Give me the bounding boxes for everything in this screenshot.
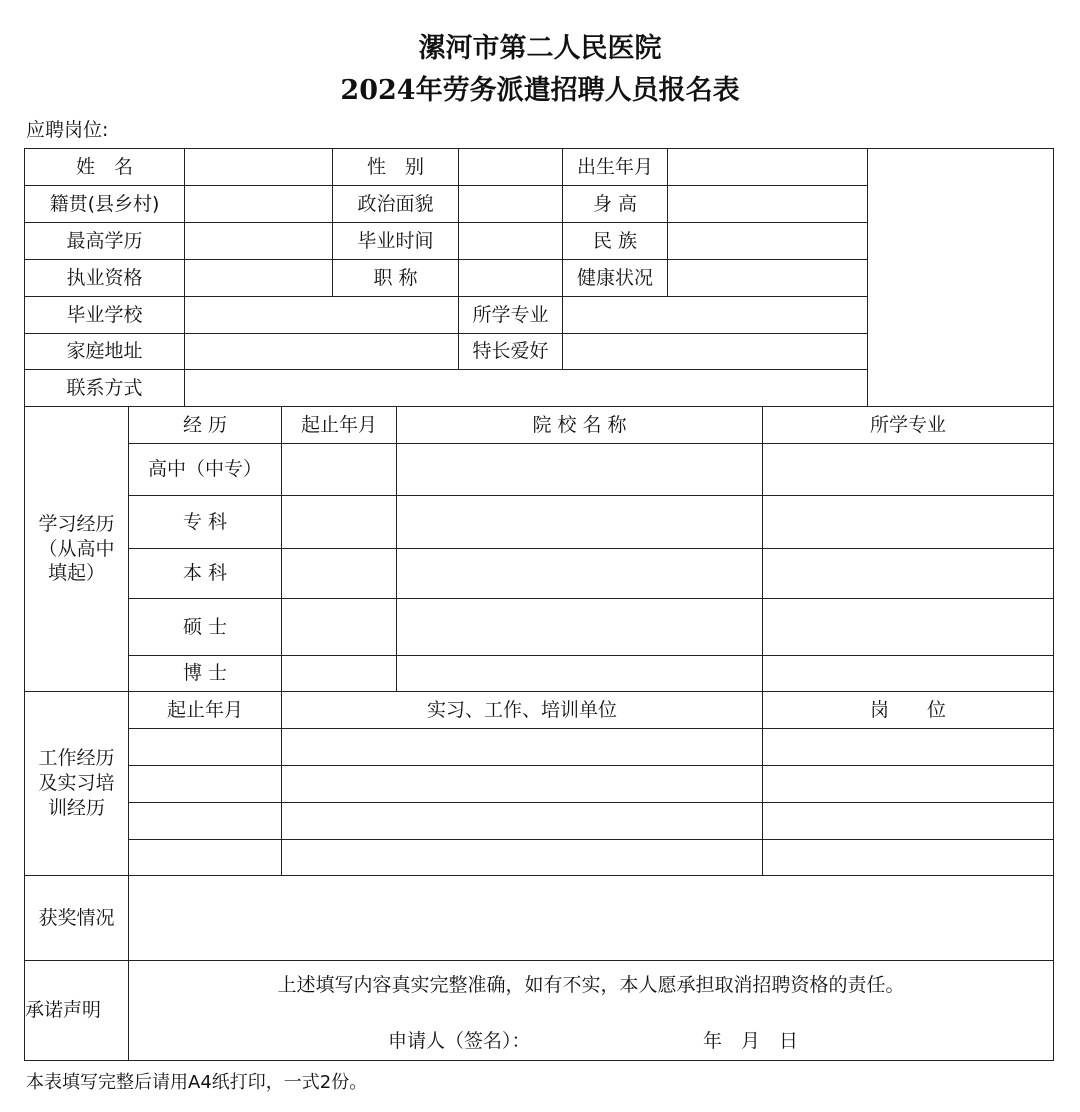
education-section-label: 学习经历 （从高中 填起） (24, 406, 129, 692)
work-label-line: 及实习培 (38, 771, 114, 796)
work-position-field[interactable] (762, 765, 1054, 803)
graduation-time-label: 毕业时间 (332, 222, 459, 260)
work-position-field[interactable] (762, 839, 1054, 876)
hobbies-label: 特长爱好 (458, 333, 563, 370)
hospital-title: 漯河市第二人民医院 (0, 26, 1080, 65)
work-header-unit: 实习、工作、培训单位 (281, 691, 763, 729)
pledge-label: 承诺声明 (24, 960, 129, 1061)
native-place-field[interactable] (184, 185, 333, 223)
work-unit-field[interactable] (281, 839, 763, 876)
education-stage-doctorate: 博 士 (128, 655, 282, 692)
education-stage-junior-college: 专 科 (128, 495, 282, 549)
school-field[interactable] (184, 296, 459, 334)
work-position-field[interactable] (762, 728, 1054, 766)
education-period-field[interactable] (281, 655, 397, 692)
work-period-field[interactable] (128, 765, 282, 803)
ethnicity-label: 民 族 (562, 222, 668, 260)
education-major-field[interactable] (762, 495, 1054, 549)
work-position-field[interactable] (762, 802, 1054, 840)
contact-label: 联系方式 (24, 369, 185, 407)
education-period-field[interactable] (281, 598, 397, 656)
position-applied-label: 应聘岗位: (26, 115, 108, 142)
birth-field[interactable] (667, 148, 868, 186)
signature-field[interactable] (548, 1022, 688, 1052)
professional-title-label: 职 称 (332, 259, 459, 297)
education-stage-master: 硕 士 (128, 598, 282, 656)
major-field[interactable] (562, 296, 868, 334)
work-label-line: 工作经历 (38, 746, 114, 771)
hobbies-field[interactable] (562, 333, 868, 370)
education-school-field[interactable] (396, 548, 763, 599)
education-header-period: 起止年月 (281, 406, 397, 444)
ethnicity-field[interactable] (667, 222, 868, 260)
pledge-statement: 上述填写内容真实完整准确，如有不实，本人愿承担取消招聘资格的责任。 (128, 970, 1054, 997)
education-major-field[interactable] (762, 598, 1054, 656)
work-unit-field[interactable] (281, 728, 763, 766)
political-status-field[interactable] (458, 185, 563, 223)
photo-area[interactable] (867, 148, 1054, 407)
education-stage-bachelor: 本 科 (128, 548, 282, 599)
highest-education-field[interactable] (184, 222, 333, 260)
professional-title-field[interactable] (458, 259, 563, 297)
height-label: 身 高 (562, 185, 668, 223)
education-school-field[interactable] (396, 655, 763, 692)
height-field[interactable] (667, 185, 868, 223)
education-period-field[interactable] (281, 495, 397, 549)
address-field[interactable] (184, 333, 459, 370)
education-school-field[interactable] (396, 598, 763, 656)
health-field[interactable] (667, 259, 868, 297)
work-header-position: 岗 位 (762, 691, 1054, 729)
education-period-field[interactable] (281, 443, 397, 496)
graduation-time-field[interactable] (458, 222, 563, 260)
qualification-field[interactable] (184, 259, 333, 297)
work-unit-field[interactable] (281, 765, 763, 803)
education-major-field[interactable] (762, 548, 1054, 599)
work-section-label: 工作经历 及实习培 训经历 (24, 691, 129, 876)
education-school-field[interactable] (396, 495, 763, 549)
work-period-field[interactable] (128, 839, 282, 876)
education-major-field[interactable] (762, 443, 1054, 496)
education-stage-highschool: 高中（中专） (128, 443, 282, 496)
form-title: 2024年劳务派遣招聘人员报名表 (0, 68, 1080, 107)
awards-label: 获奖情况 (24, 875, 129, 961)
education-label-line: 填起） (48, 561, 105, 586)
work-period-field[interactable] (128, 728, 282, 766)
work-unit-field[interactable] (281, 802, 763, 840)
gender-label: 性 别 (332, 148, 459, 186)
birth-label: 出生年月 (562, 148, 668, 186)
highest-education-label: 最高学历 (24, 222, 185, 260)
education-label-line: （从高中 (38, 537, 114, 562)
work-period-field[interactable] (128, 802, 282, 840)
school-label: 毕业学校 (24, 296, 185, 334)
work-header-period: 起止年月 (128, 691, 282, 729)
education-header-stage: 经 历 (128, 406, 282, 444)
political-status-label: 政治面貌 (332, 185, 459, 223)
native-place-label: 籍贯(县乡村) (24, 185, 185, 223)
footer-note: 本表填写完整后请用A4纸打印，一式2份。 (26, 1068, 367, 1094)
health-label: 健康状况 (562, 259, 668, 297)
contact-field[interactable] (184, 369, 868, 407)
education-header-school: 院 校 名 称 (396, 406, 763, 444)
address-label: 家庭地址 (24, 333, 185, 370)
awards-field[interactable] (128, 875, 1054, 961)
major-label: 所学专业 (458, 296, 563, 334)
education-period-field[interactable] (281, 548, 397, 599)
education-label-line: 学习经历 (38, 512, 114, 537)
gender-field[interactable] (458, 148, 563, 186)
name-field[interactable] (184, 148, 333, 186)
education-school-field[interactable] (396, 443, 763, 496)
qualification-label: 执业资格 (24, 259, 185, 297)
signature-label: 申请人（签名）： (388, 1026, 531, 1053)
education-major-field[interactable] (762, 655, 1054, 692)
work-label-line: 训经历 (48, 796, 105, 821)
education-header-major: 所学专业 (762, 406, 1054, 444)
name-label: 姓 名 (24, 148, 185, 186)
date-label: 年 月 日 (703, 1026, 798, 1053)
